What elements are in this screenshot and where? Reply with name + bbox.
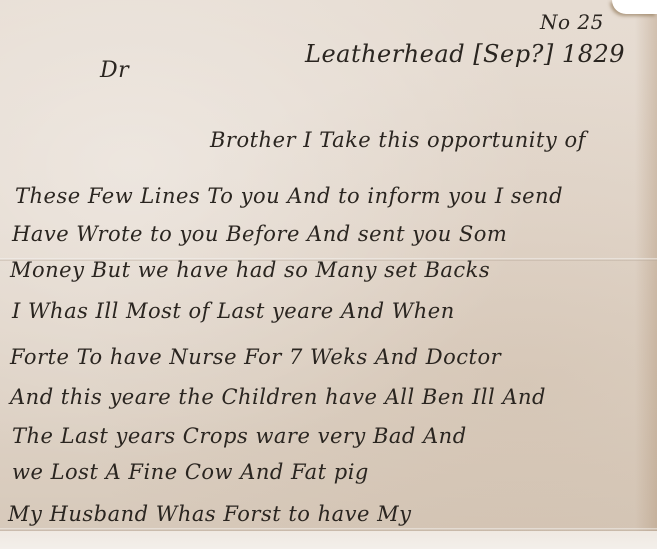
body-line: Money But we have had so Many set Backs [10, 258, 490, 282]
body-line: And this yeare the Children have All Ben… [10, 385, 546, 409]
body-line: Have Wrote to you Before And sent you So… [12, 222, 507, 246]
place-date: Leatherhead [Sep?] 1829 [305, 40, 625, 68]
letter-page: No 25 Leatherhead [Sep?] 1829 Dr Brother… [0, 0, 657, 549]
body-line: My Husband Whas Forst to have My [8, 502, 411, 526]
body-line: I Whas Ill Most of Last yeare And When [12, 299, 455, 323]
body-line: we Lost A Fine Cow And Fat pig [12, 460, 369, 484]
salutation: Dr [100, 58, 129, 83]
body-line: Brother I Take this opportunity of [210, 128, 586, 152]
paper-stain [635, 0, 657, 549]
paper-bottom-edge [0, 531, 657, 549]
body-line: These Few Lines To you And to inform you… [15, 184, 563, 208]
torn-corner [612, 0, 657, 14]
body-line: The Last years Crops ware very Bad And [12, 424, 467, 448]
body-line: Forte To have Nurse For 7 Weks And Docto… [10, 345, 501, 369]
letter-number: No 25 [540, 10, 604, 34]
